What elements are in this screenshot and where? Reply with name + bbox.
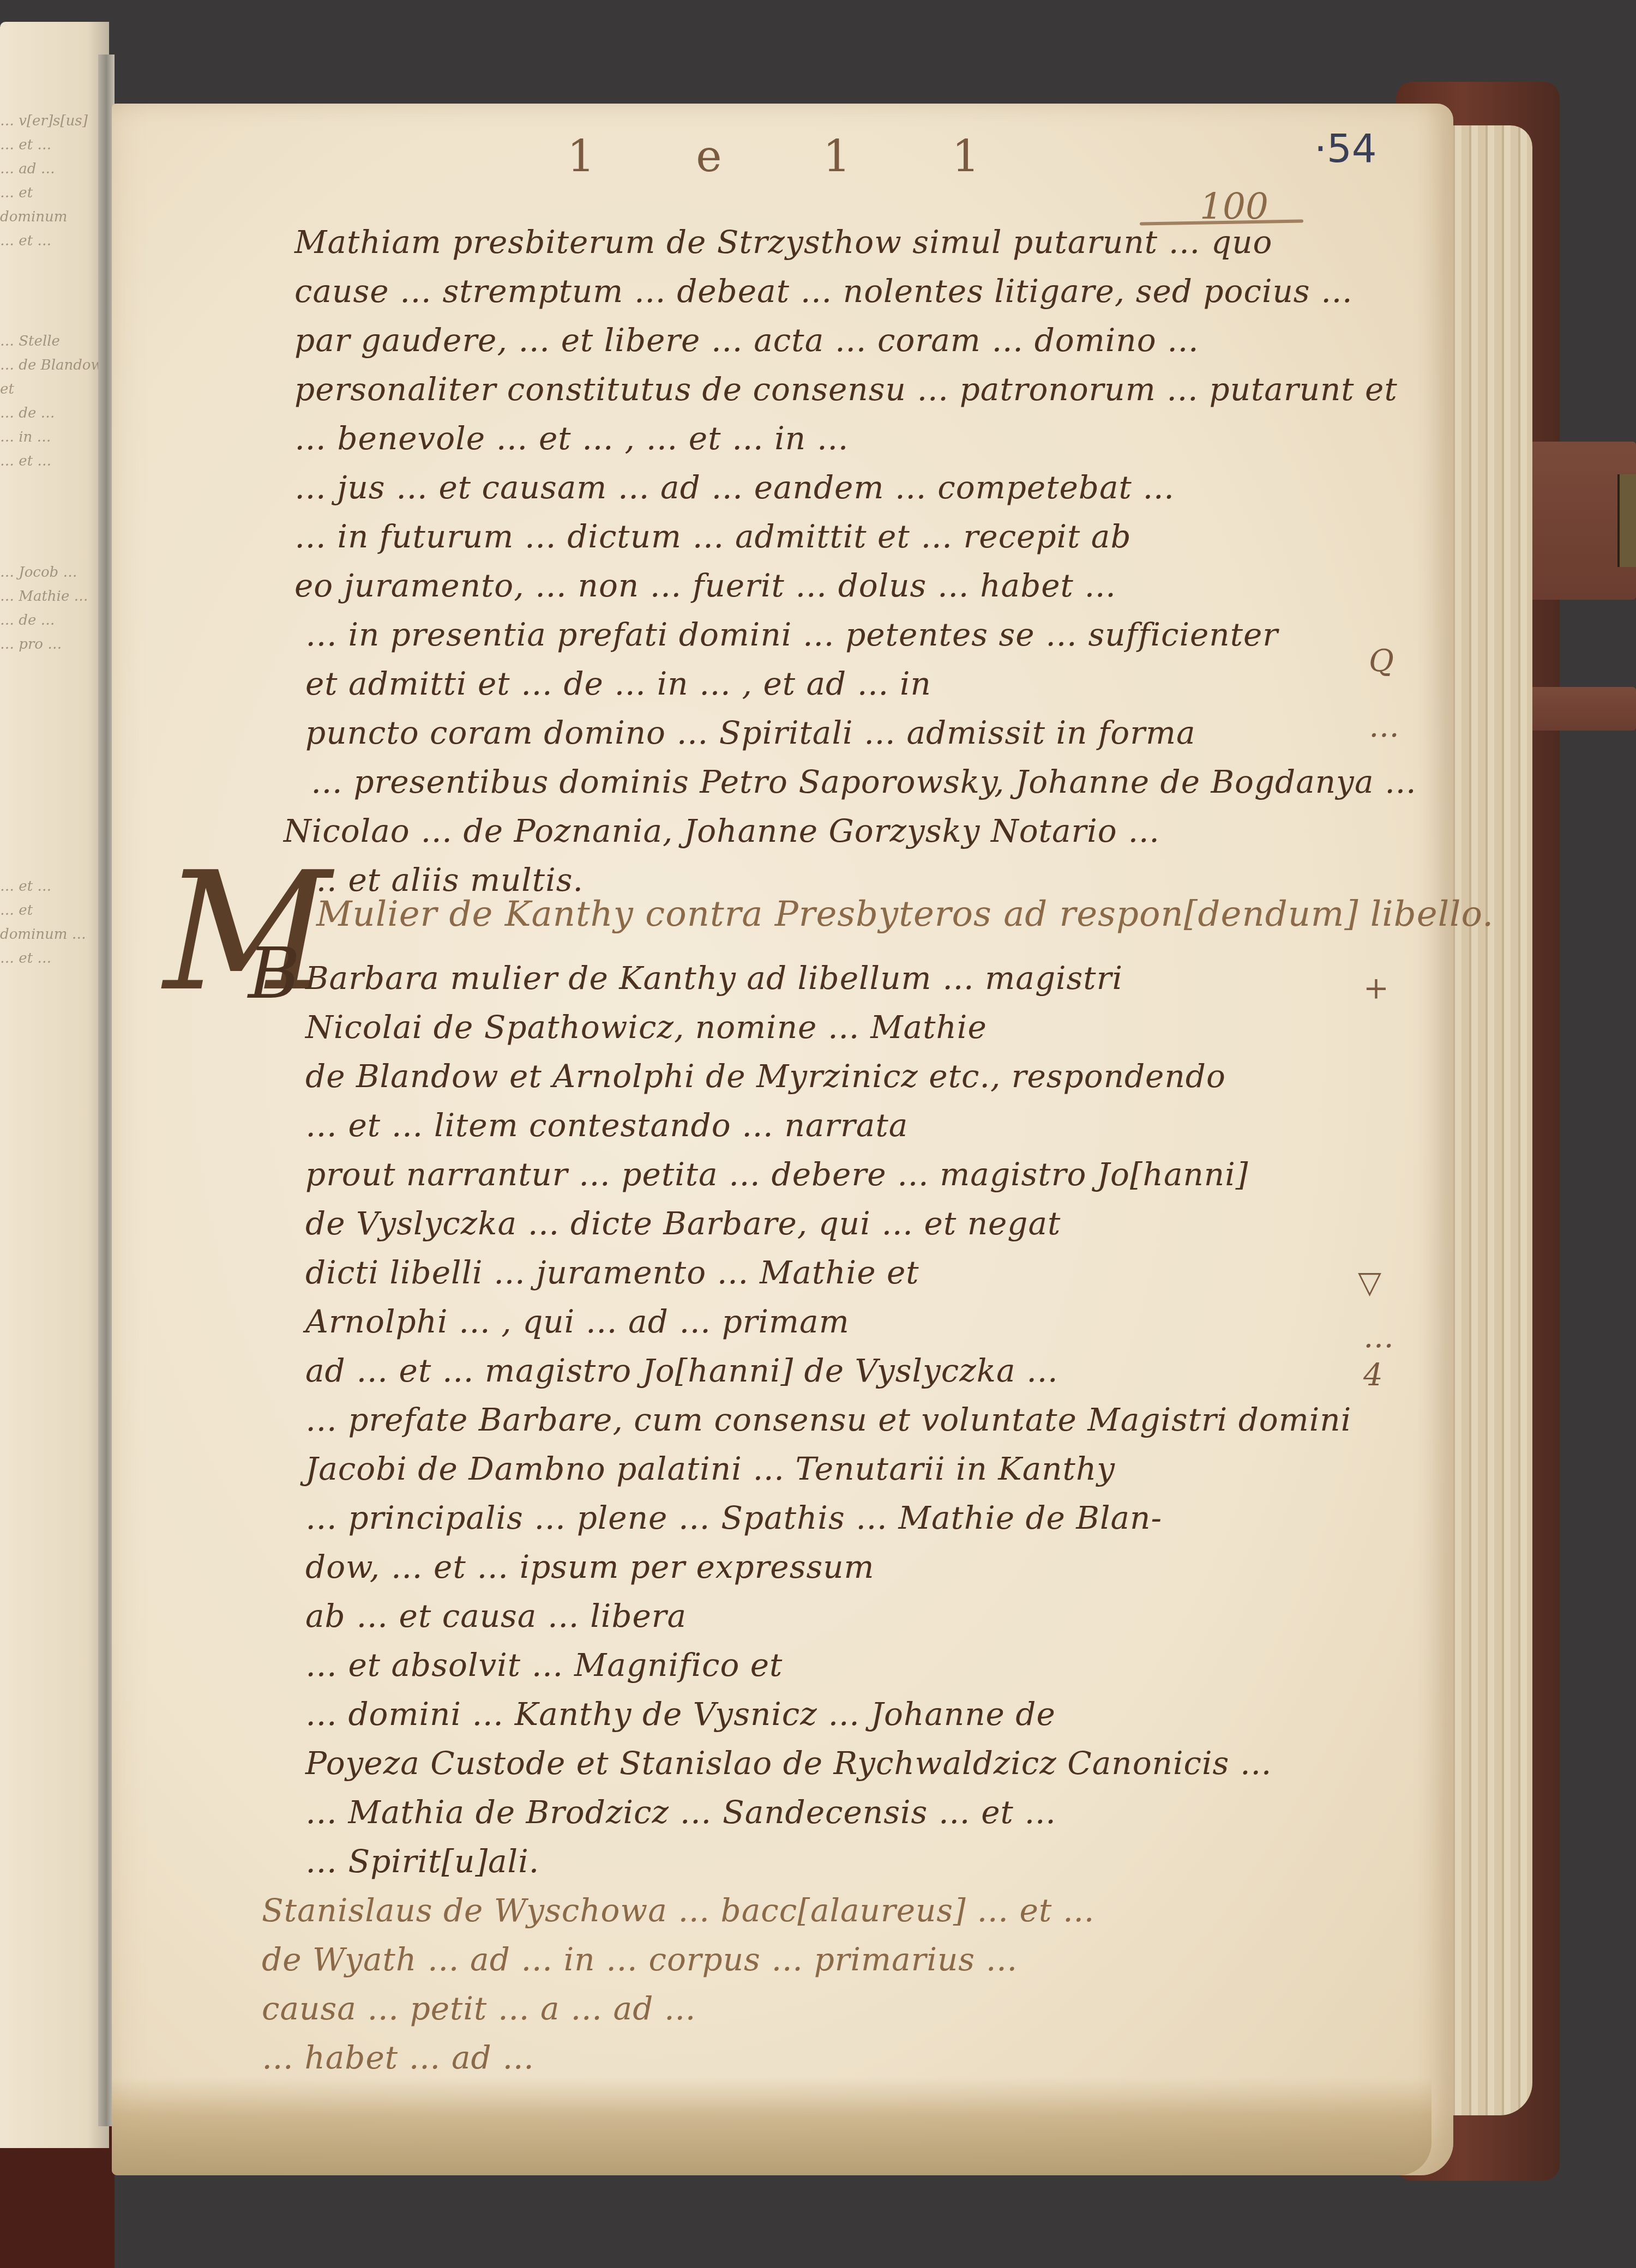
margin-note: … et dominum	[0, 181, 104, 229]
text-line: … benevole … et … , … et … in …	[294, 420, 849, 457]
text-line: … in futurum … dictum … admittit et … re…	[294, 518, 1132, 555]
text-line: causa … petit … a … ad …	[262, 1990, 696, 2027]
text-line: … jus … et causam … ad … eandem … compet…	[294, 469, 1175, 506]
water-stain	[112, 2077, 1431, 2175]
margin-note: … et …	[0, 946, 104, 970]
text-line: … presentibus dominis Petro Saporowsky, …	[311, 763, 1417, 800]
text-line: … et absolvit … Magnifico et	[305, 1646, 783, 1684]
right-margin-mark: …	[1363, 1319, 1394, 1355]
text-line: … prefate Barbare, cum consensu et volun…	[305, 1401, 1351, 1438]
text-line: … et aliis multis.	[305, 861, 584, 898]
margin-note: … pro …	[0, 632, 104, 656]
margin-note: … ad …	[0, 157, 104, 181]
clasp-strap-upper	[1516, 442, 1636, 600]
margin-note: … et …	[0, 133, 104, 157]
text-line: … principalis … plene … Spathis … Mathie…	[305, 1499, 1162, 1536]
text-line: de Wyath … ad … in … corpus … primarius …	[262, 1941, 1018, 1978]
text-line: de Blandow et Arnolphi de Myrzinicz etc.…	[305, 1058, 1226, 1095]
margin-note: … Stelle	[0, 329, 104, 353]
right-margin-mark: …	[1369, 709, 1399, 744]
margin-note: … v[er]s[us]	[0, 109, 104, 133]
margin-note: … de Blandow et	[0, 353, 104, 401]
margin-note: … de …	[0, 401, 104, 425]
text-line: Barbara mulier de Kanthy ad libellum … m…	[305, 960, 1123, 997]
left-facing-page: … v[er]s[us] … et … … ad … … et dominum …	[0, 22, 109, 2148]
right-margin-mark: 4	[1363, 1358, 1383, 1393]
margin-note: … in …	[0, 425, 104, 449]
margin-note: … et …	[0, 449, 104, 473]
text-line: Nicolai de Spathowicz, nomine … Mathie	[305, 1009, 987, 1046]
text-line: Nicolao … de Poznania, Johanne Gorzysky …	[284, 812, 1160, 849]
margin-note: … Jocob …	[0, 560, 104, 584]
text-line: … Mathia de Brodzicz … Sandecensis … et …	[305, 1794, 1056, 1831]
text-line: … Spirit[u]ali.	[305, 1843, 539, 1880]
text-line: Arnolphi … , qui … ad … primam	[305, 1303, 850, 1340]
margin-note: … et …	[0, 229, 104, 253]
entry-heading: Mulier de Kanthy contra Presbyteros ad r…	[316, 894, 1494, 934]
text-line: … et … litem contestando … narrata	[305, 1107, 908, 1144]
right-margin-mark: +	[1363, 970, 1389, 1006]
text-line: personaliter constitutus de consensu … p…	[294, 371, 1398, 408]
margin-note: … et dominum …	[0, 898, 104, 946]
clasp-buckle	[1617, 474, 1636, 567]
clasp-strap-lower	[1516, 687, 1636, 731]
text-line: dow, … et … ipsum per expressum	[305, 1548, 875, 1585]
right-margin-mark: Q	[1369, 643, 1394, 679]
right-margin-mark: ▽	[1358, 1265, 1381, 1300]
text-line: Mathiam presbiterum de Strzysthow simul …	[294, 224, 1272, 261]
margin-note: … Mathie …	[0, 584, 104, 608]
text-line: ad … et … magistro Jo[hanni] de Vyslyczk…	[305, 1352, 1058, 1389]
text-line: dicti libelli … juramento … Mathie et	[305, 1254, 919, 1291]
text-line: … in presentia prefati domini … petentes…	[305, 616, 1278, 653]
text-line: puncto coram domino … Spiritali … admiss…	[305, 714, 1196, 751]
text-line: … habet … ad …	[262, 2039, 534, 2076]
text-line: ab … et causa … libera	[305, 1597, 687, 1634]
margin-note: … de …	[0, 608, 104, 632]
left-page-margin-notes: … v[er]s[us] … et … … ad … … et dominum …	[0, 109, 104, 970]
text-line: Poyeza Custode et Stanislao de Rychwaldz…	[305, 1745, 1272, 1782]
header-marks: 1 e 1 1	[567, 131, 1023, 182]
text-line: cause … stremptum … debeat … nolentes li…	[294, 273, 1353, 310]
text-line: eo juramento, … non … fuerit … dolus … h…	[294, 567, 1116, 604]
text-line: de Vyslyczka … dicte Barbare, qui … et n…	[305, 1205, 1061, 1242]
text-line: Jacobi de Dambno palatini … Tenutarii in…	[305, 1450, 1115, 1487]
text-line: … domini … Kanthy de Vysnicz … Johanne d…	[305, 1696, 1056, 1733]
text-line: prout narrantur … petita … debere … magi…	[305, 1156, 1248, 1193]
text-line: par gaudere, … et libere … acta … coram …	[294, 322, 1199, 359]
margin-note: … et …	[0, 874, 104, 898]
decorated-initial-b: B	[248, 938, 300, 1009]
folio-number-pencil: ·54	[1314, 125, 1377, 171]
text-line: et admitti et … de … in … , et ad … in	[305, 665, 931, 702]
text-line: Stanislaus de Wyschowa … bacc[alaureus] …	[262, 1892, 1095, 1929]
